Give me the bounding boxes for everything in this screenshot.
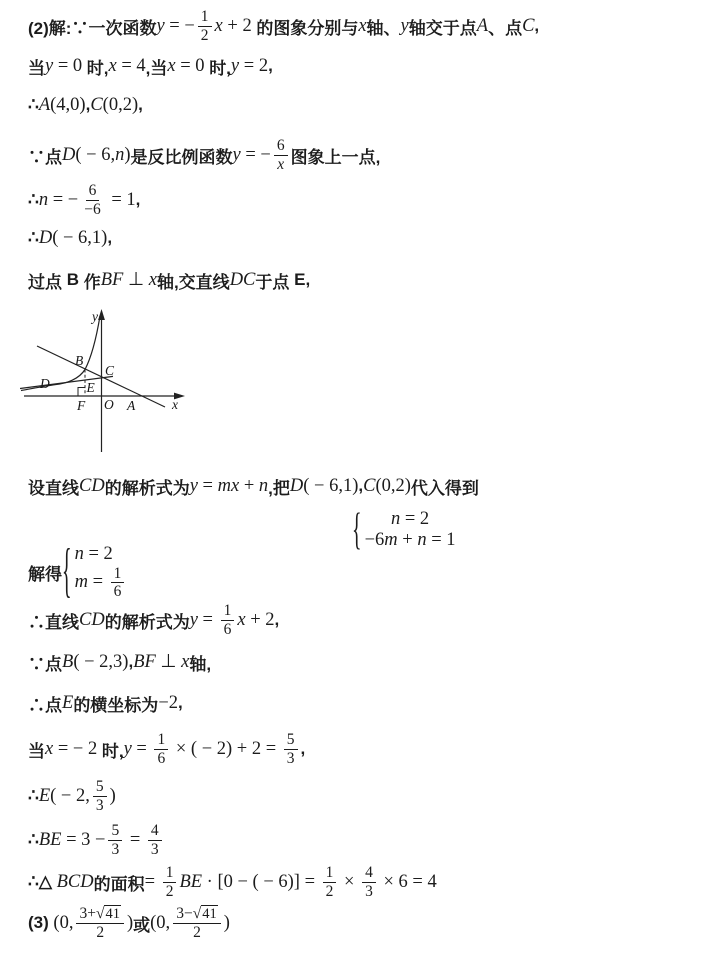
math-segment: BE	[39, 830, 62, 851]
text-segment: 是反比例函数	[131, 143, 233, 168]
math-segment: ( − 6,1)	[52, 228, 107, 249]
figure-label-b: B	[75, 353, 83, 368]
math-segment: = −	[241, 145, 271, 166]
bold-point-label: E	[294, 270, 305, 290]
solution-line-7: 过点 B 作BF ⊥ x轴,交直线DC于点 E,	[28, 258, 310, 302]
math-segment: BCD	[57, 872, 94, 893]
math-segment: (0,2)	[375, 476, 410, 497]
fraction-numerator: 4	[148, 822, 162, 840]
math-segment: ( − 6,	[75, 145, 115, 166]
text-segment: ,当	[146, 54, 168, 79]
math-segment: y	[190, 476, 198, 497]
math-segment: 3	[151, 841, 159, 858]
text-segment: ∴	[28, 786, 39, 806]
brace-icon: {	[352, 508, 362, 552]
math-segment: 1	[166, 864, 174, 881]
fraction-numerator: 5	[93, 778, 107, 796]
math-segment: 3+	[79, 905, 96, 922]
solution-line-13: ∴点E的横坐标为−2,	[28, 681, 183, 725]
solution-line-9: {n = 2−6m + n = 1	[352, 506, 456, 554]
fraction: 53	[93, 778, 107, 814]
text-segment: 图象上一点,	[291, 143, 381, 168]
fraction: 43	[148, 822, 162, 858]
text-segment: 时,	[102, 737, 124, 762]
math-segment: 3	[365, 883, 373, 900]
math-segment: BE	[179, 872, 202, 893]
math-segment: E	[39, 786, 50, 807]
fraction-numerator: 5	[284, 731, 298, 749]
text-segment: 于点	[255, 268, 294, 293]
math-segment: 6	[157, 750, 165, 767]
solution-line-4: ∵点D( − 6,n)是反比例函数y = −6x图象上一点,	[28, 133, 380, 177]
math-segment: A	[39, 95, 50, 116]
math-segment: + 2	[246, 610, 275, 631]
math-segment: · [0 − ( − 6)] =	[202, 872, 320, 893]
text-segment: (3)	[28, 913, 49, 933]
math-segment: n	[417, 530, 426, 551]
cases-row: n = 2	[75, 544, 113, 565]
solution-line-1: (2)解:∵一次函数y = −12x + 2 的图象分别与x轴、y轴交于点A、点…	[28, 4, 539, 48]
math-segment: m	[75, 572, 88, 593]
fraction-denominator: 2	[93, 924, 107, 941]
math-segment: 3	[96, 797, 104, 814]
solution-line-16: ∴BE = 3 −53 = 43	[28, 818, 165, 862]
solution-line-14: 当x = − 2 时,y = 16 × ( − 2) + 2 = 53,	[28, 727, 305, 771]
math-segment: 1	[326, 864, 334, 881]
math-segment: = 2	[84, 544, 113, 565]
math-segment: x	[277, 156, 284, 173]
math-segment: y	[124, 739, 132, 760]
math-segment: 5	[111, 822, 119, 839]
fraction-denominator: 6	[221, 621, 235, 638]
fraction: 6x	[274, 137, 288, 173]
cases-row: m = 16	[75, 565, 128, 601]
solution-line-10: 解得{n = 2m = 16	[28, 544, 127, 600]
text-segment: ∵点	[28, 143, 62, 168]
radical-icon: √	[193, 905, 202, 922]
fraction-denominator: 3	[362, 883, 376, 900]
math-segment: × ( − 2) + 2 =	[171, 739, 281, 760]
math-segment: 5	[96, 778, 104, 795]
fraction-numerator: 1	[221, 602, 235, 620]
math-segment: )	[224, 913, 230, 934]
math-segment: × 6 = 4	[379, 872, 437, 893]
math-segment: = 1	[427, 530, 456, 551]
fraction-denominator: 6	[154, 750, 168, 767]
text-segment: 的图象分别与	[256, 14, 358, 39]
fraction-denominator: 2	[190, 924, 204, 941]
figure-label-d: D	[39, 376, 50, 391]
math-segment: ⊥	[123, 269, 148, 291]
math-segment: ( − 2,	[50, 786, 90, 807]
math-segment: x	[215, 16, 223, 37]
fraction-denominator: 3	[284, 750, 298, 767]
fraction-numerator: 6	[274, 137, 288, 155]
fraction: 3−√412	[173, 905, 221, 942]
solution-line-11: ∴直线CD的解析式为y = 16x + 2,	[28, 598, 279, 642]
right-angle-mark	[78, 388, 85, 396]
text-segment: 过点	[28, 268, 67, 293]
math-segment: 2	[193, 924, 201, 941]
math-segment: y	[190, 610, 198, 631]
coordinate-figure: y x O F A B C D E	[20, 306, 200, 458]
math-segment: 1	[114, 565, 122, 582]
fraction: 16	[154, 731, 168, 767]
math-segment: n	[75, 544, 84, 565]
cases-rows: n = 2m = 16	[75, 544, 128, 601]
text-segment: 设直线	[28, 474, 79, 499]
math-segment: x	[181, 652, 189, 673]
fraction-numerator: 1	[163, 864, 177, 882]
text-segment: ,	[301, 739, 306, 759]
math-segment: D	[39, 228, 52, 249]
text-segment: ∴直线	[28, 608, 79, 633]
text-segment: 时,	[87, 54, 109, 79]
sqrt-expression: √41	[96, 905, 121, 923]
math-segment: = −	[48, 190, 78, 211]
fraction-denominator: 3	[93, 797, 107, 814]
text-segment: (2)解:∵一次函数	[28, 14, 156, 39]
math-segment: x	[237, 610, 245, 631]
math-segment: (0,	[49, 913, 74, 934]
math-segment: = 2	[239, 56, 268, 77]
text-segment: 作	[79, 268, 101, 293]
math-segment: n	[39, 190, 48, 211]
text-segment: 或	[133, 911, 150, 936]
math-segment: n	[115, 145, 124, 166]
figure-label-f: F	[76, 398, 86, 413]
text-segment: 解得	[28, 560, 62, 585]
math-segment: B	[62, 652, 73, 673]
math-segment: D	[290, 476, 303, 497]
math-segment: =	[88, 572, 108, 593]
math-segment: =	[198, 610, 218, 631]
text-segment: 的横坐标为	[73, 691, 158, 716]
fraction-denominator: 2	[198, 27, 212, 44]
radicand: 41	[104, 905, 121, 923]
math-segment: +	[398, 530, 418, 551]
math-segment: (4,0)	[50, 95, 85, 116]
math-segment: + 2	[223, 16, 257, 37]
fraction: 53	[284, 731, 298, 767]
math-segment: −2	[158, 693, 178, 714]
math-segment: 6	[277, 137, 285, 154]
text-segment: ,把	[268, 474, 290, 499]
fraction: 3+√412	[76, 905, 124, 942]
math-segment: ( − 2,3)	[73, 652, 128, 673]
math-segment: 1	[157, 731, 165, 748]
text-segment: 轴,交直线	[157, 268, 230, 293]
text-segment: ∴	[28, 228, 39, 248]
text-segment: ,	[107, 228, 112, 248]
math-segment: m	[384, 530, 397, 551]
fraction-numerator: 1	[111, 565, 125, 583]
cases-block: {n = 2m = 16	[62, 544, 127, 601]
fraction-denominator: 3	[108, 841, 122, 858]
math-segment: (0,2)	[103, 95, 138, 116]
math-segment: D	[62, 145, 75, 166]
math-segment: y	[401, 16, 409, 37]
fraction: 12	[323, 864, 337, 900]
math-segment: ×	[339, 872, 359, 893]
text-segment: ,	[138, 95, 143, 115]
fraction: 16	[221, 602, 235, 638]
text-segment: 轴、	[367, 14, 401, 39]
math-segment: n	[259, 476, 268, 497]
math-segment: =	[132, 739, 152, 760]
math-segment: 6	[89, 182, 97, 199]
fraction-numerator: 3−√41	[173, 905, 221, 924]
math-segment: 5	[287, 731, 295, 748]
fraction-denominator: 2	[163, 883, 177, 900]
math-segment: = −	[165, 16, 195, 37]
text-segment: ∵点	[28, 650, 62, 675]
text-segment: ,	[534, 16, 539, 36]
text-segment: ,	[268, 56, 273, 76]
solution-line-2: 当y = 0 时,x = 4,当x = 0 时,y = 2,	[28, 44, 273, 88]
math-segment: = 1	[107, 190, 136, 211]
math-segment: x	[109, 56, 117, 77]
math-segment: mx	[218, 476, 240, 497]
math-segment: x	[149, 270, 157, 291]
text-segment: ∴	[28, 190, 39, 210]
text-segment: ∴	[28, 95, 39, 115]
text-segment: ,	[178, 693, 183, 713]
text-segment: ,	[305, 270, 310, 290]
solution-line-12: ∵点B( − 2,3),BF ⊥ x轴,	[28, 640, 211, 684]
math-segment: =	[145, 872, 160, 893]
math-segment: +	[239, 476, 259, 497]
sqrt-expression: √41	[193, 905, 218, 923]
cases-row: −6m + n = 1	[365, 530, 456, 551]
cases-row: n = 2	[391, 509, 429, 530]
solution-line-18: (3) (0,3+√412)或(0,3−√412)	[28, 901, 230, 945]
figure-label-e: E	[86, 380, 96, 395]
cases-rows: n = 2−6m + n = 1	[365, 509, 456, 551]
math-segment: y	[231, 56, 239, 77]
math-segment: −6	[365, 530, 385, 551]
math-segment: x	[45, 739, 53, 760]
math-segment: C	[90, 95, 102, 116]
math-segment: 2	[96, 924, 104, 941]
math-segment: =	[198, 476, 218, 497]
math-segment: BF	[133, 652, 156, 673]
fraction-numerator: 3+√41	[76, 905, 124, 924]
fraction: 12	[163, 864, 177, 900]
math-segment: )	[110, 786, 116, 807]
figure-label-x: x	[171, 397, 178, 412]
solution-line-3: ∴A(4,0),C(0,2),	[28, 83, 143, 127]
text-segment: ∴	[28, 830, 39, 850]
math-segment: 2	[201, 27, 209, 44]
fraction-denominator: 3	[148, 841, 162, 858]
math-segment: y	[233, 145, 241, 166]
text-segment: 轴,	[189, 650, 211, 675]
cases-block: {n = 2−6m + n = 1	[352, 509, 456, 551]
fraction-numerator: 1	[198, 8, 212, 26]
text-segment: 代入得到	[411, 474, 479, 499]
math-segment: C	[522, 16, 534, 37]
figure-label-o: O	[104, 397, 114, 412]
math-segment: y	[45, 56, 53, 77]
math-segment: 6	[224, 621, 232, 638]
math-segment: y	[156, 16, 164, 37]
radical-icon: √	[96, 905, 105, 922]
math-segment: (0,	[150, 913, 170, 934]
fraction-numerator: 1	[154, 731, 168, 749]
math-segment: C	[363, 476, 375, 497]
math-segment: ⊥	[156, 651, 181, 673]
text-segment: 当	[28, 737, 45, 762]
solution-line-8: 设直线CD的解析式为y = mx + n,把D( − 6,1),C(0,2)代入…	[28, 464, 479, 508]
fraction-numerator: 4	[362, 864, 376, 882]
fraction: 43	[362, 864, 376, 900]
text-segment: 的解析式为	[105, 608, 190, 633]
fraction-numerator: 5	[108, 822, 122, 840]
math-segment: 2	[166, 883, 174, 900]
fraction-numerator: 1	[323, 864, 337, 882]
text-segment: ,	[136, 190, 141, 210]
figure-label-c: C	[105, 363, 115, 378]
solution-line-6: ∴D( − 6,1),	[28, 216, 112, 260]
text-segment: ∴点	[28, 691, 62, 716]
math-segment: E	[62, 693, 73, 714]
math-segment: 2	[326, 883, 334, 900]
math-segment: 4	[151, 822, 159, 839]
math-segment: A	[477, 16, 488, 37]
math-segment: =	[125, 830, 145, 851]
bold-point-label: B	[67, 270, 79, 290]
fraction: 16	[111, 565, 125, 601]
fraction: 12	[198, 8, 212, 44]
math-segment: CD	[79, 610, 105, 631]
math-segment: = 0	[53, 56, 87, 77]
text-segment: 当	[28, 54, 45, 79]
math-segment: DC	[230, 270, 256, 291]
math-segment: 3	[111, 841, 119, 858]
math-segment: 3−	[176, 905, 193, 922]
fraction: 6−6	[81, 182, 104, 218]
math-segment: 3	[287, 750, 295, 767]
math-segment: = 3 −	[61, 830, 105, 851]
brace-icon: {	[62, 542, 72, 602]
text-segment: ,	[275, 610, 280, 630]
math-segment: = − 2	[53, 739, 102, 760]
math-segment: 1	[201, 8, 209, 25]
figure-label-a: A	[126, 398, 136, 413]
math-segment: x	[358, 16, 366, 37]
math-segment: BF	[101, 270, 124, 291]
solution-line-15: ∴E( − 2,53)	[28, 774, 116, 818]
fraction: 53	[108, 822, 122, 858]
math-segment: x	[167, 56, 175, 77]
text-segment: ∴△	[28, 872, 57, 892]
text-segment: 的面积	[94, 870, 145, 895]
text-segment: 、点	[488, 14, 522, 39]
math-segment: 1	[224, 602, 232, 619]
fraction-numerator: 6	[86, 182, 100, 200]
math-segment: CD	[79, 476, 105, 497]
math-segment: = 2	[400, 509, 429, 530]
solution-line-17: ∴△ BCD的面积= 12BE · [0 − ( − 6)] = 12 × 43…	[28, 860, 437, 904]
math-segment: = 0	[176, 56, 210, 77]
fraction-denominator: 2	[323, 883, 337, 900]
math-segment: n	[391, 509, 400, 530]
fraction-denominator: x	[274, 156, 287, 173]
text-segment: 时,	[209, 54, 231, 79]
figure-label-y: y	[90, 309, 98, 324]
radicand: 41	[201, 905, 218, 923]
text-segment: 轴交于点	[409, 14, 477, 39]
text-segment: 的解析式为	[105, 474, 190, 499]
solution-page: (2)解:∵一次函数y = −12x + 2 的图象分别与x轴、y轴交于点A、点…	[0, 0, 707, 956]
math-segment: 4	[365, 864, 373, 881]
math-segment: = 4	[117, 56, 146, 77]
math-segment: ( − 6,1)	[303, 476, 358, 497]
